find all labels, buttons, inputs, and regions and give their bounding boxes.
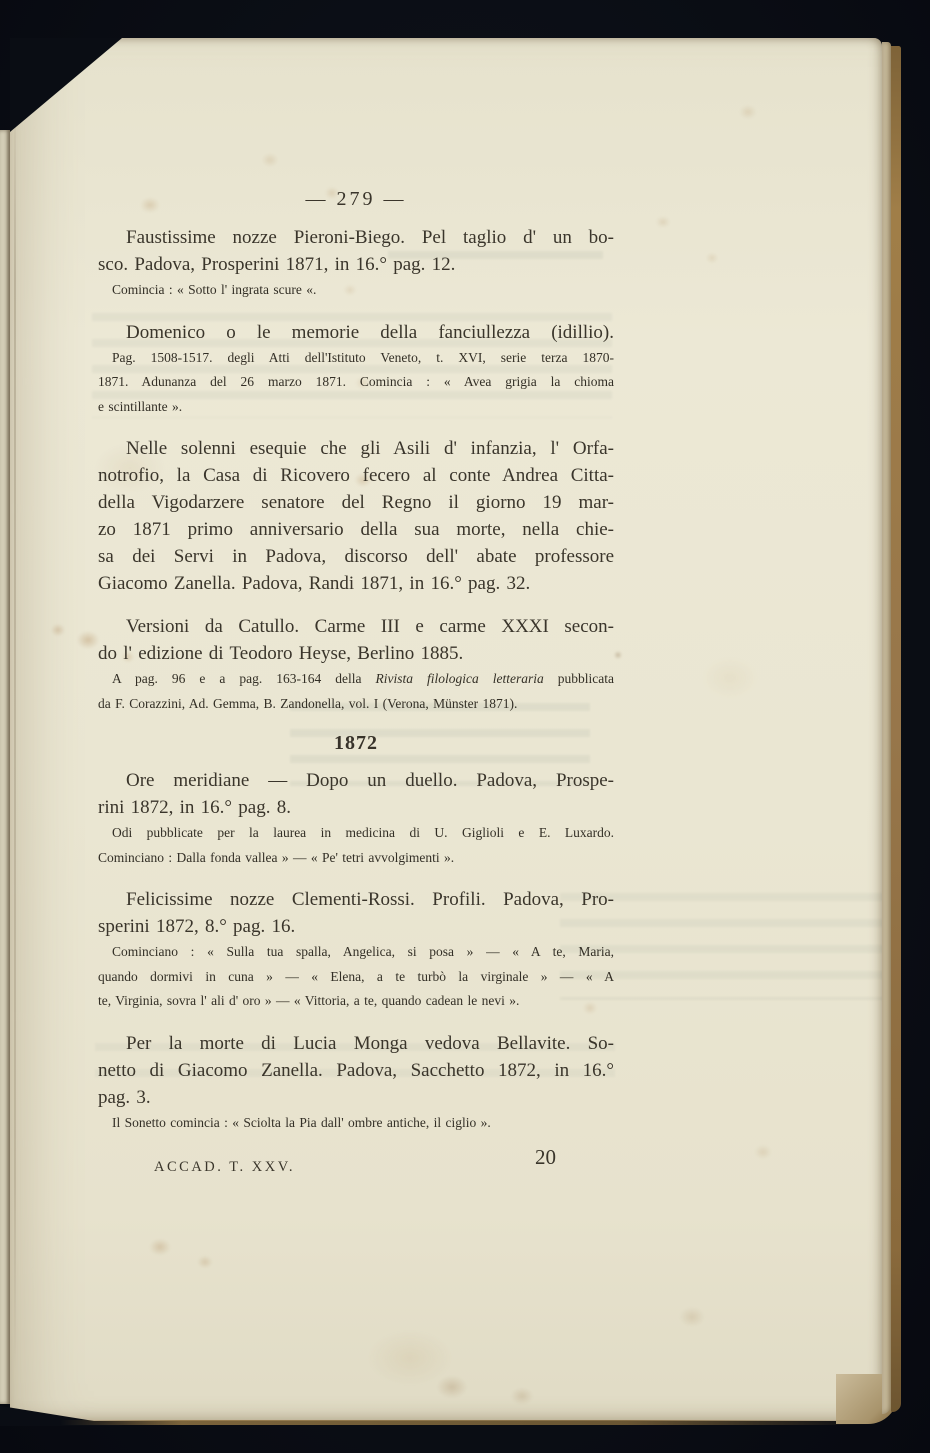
entry-note: Il Sonetto comincia : « Sciolta la Pia d…: [98, 1111, 614, 1136]
photographed-book-spread: { "page": { "header_page_number": "— 279…: [0, 0, 930, 1453]
text-run: sa dei Servi in Padova, discorso dell' a…: [98, 546, 614, 567]
entry-body-line: Faustissime nozze Pieroni-Biego. Pel tag…: [98, 224, 614, 251]
text-run: rini 1872, in 16.° pag. 8.: [98, 797, 291, 818]
entry-note-line: Il Sonetto comincia : « Sciolta la Pia d…: [98, 1111, 614, 1136]
entry-note: Comincia : « Sotto l' ingrata scure «.: [98, 278, 614, 303]
entry-note-line: e scintillante ».: [98, 395, 614, 420]
text-run: Ore meridiane — Dopo un duello. Padova, …: [126, 770, 614, 791]
text-run: te, Virginia, sovra l' ali d' oro » — « …: [98, 993, 519, 1008]
entry-body-line: Per la morte di Lucia Monga vedova Bella…: [98, 1030, 614, 1057]
text-run: Odi pubblicate per la laurea in medicina…: [112, 825, 614, 840]
entry-body-line: Giacomo Zanella. Padova, Randi 1871, in …: [98, 570, 614, 597]
entry-note-line: A pag. 96 e a pag. 163-164 della Rivista…: [98, 667, 614, 692]
entry-note: A pag. 96 e a pag. 163-164 della Rivista…: [98, 667, 614, 716]
italic-title-text: Rivista filologica letteraria: [376, 671, 544, 686]
bibliography-entry: Domenico o le memorie della fanciullezza…: [98, 319, 614, 420]
entry-body: Per la morte di Lucia Monga vedova Bella…: [98, 1030, 614, 1111]
entry-body: Versioni da Catullo. Carme III e carme X…: [98, 613, 614, 667]
entry-note-line: Odi pubblicate per la laurea in medicina…: [98, 821, 614, 846]
bibliography-entry: Nelle solenni esequie che gli Asili d' i…: [98, 435, 614, 597]
text-run: pag. 3.: [98, 1087, 151, 1108]
entry-body-line: rini 1872, in 16.° pag. 8.: [98, 794, 614, 821]
entry-note-line: Comincia : « Sotto l' ingrata scure «.: [98, 278, 614, 303]
entry-body-line: Nelle solenni esequie che gli Asili d' i…: [98, 435, 614, 462]
page-edge-stack: [882, 42, 891, 1414]
entry-note-line: Cominciano : Dalla fonda vallea » — « Pe…: [98, 846, 614, 871]
entry-body-line: Ore meridiane — Dopo un duello. Padova, …: [98, 767, 614, 794]
text-run: Domenico o le memorie della fanciullezza…: [126, 322, 614, 343]
text-run: Comincia : « Sotto l' ingrata scure «.: [112, 282, 316, 297]
text-run: da F. Corazzini, Ad. Gemma, B. Zandonell…: [98, 696, 517, 711]
text-run: Cominciano : « Sulla tua spalla, Angelic…: [112, 944, 614, 959]
entry-body: Domenico o le memorie della fanciullezza…: [98, 319, 614, 346]
printed-text-column: — 279 — Faustissime nozze Pieroni-Biego.…: [98, 188, 614, 1176]
text-run: Faustissime nozze Pieroni-Biego. Pel tag…: [126, 227, 614, 248]
entry-note-line: te, Virginia, sovra l' ali d' oro » — « …: [98, 989, 614, 1014]
text-run: 1871. Adunanza del 26 marzo 1871. Cominc…: [98, 374, 614, 389]
text-run: do l' edizione di Teodoro Heyse, Berlino…: [98, 643, 463, 664]
gutter-crease: [14, 90, 16, 1370]
entry-note-line: 1871. Adunanza del 26 marzo 1871. Cominc…: [98, 370, 614, 395]
entry-body-line: Versioni da Catullo. Carme III e carme X…: [98, 613, 614, 640]
text-run: Cominciano : Dalla fonda vallea » — « Pe…: [98, 850, 454, 865]
entry-body-line: della Vigodarzere senatore del Regno il …: [98, 489, 614, 516]
text-run: Versioni da Catullo. Carme III e carme X…: [126, 616, 614, 637]
bottom-page-edge: [60, 1420, 870, 1425]
bibliography-entry: Per la morte di Lucia Monga vedova Bella…: [98, 1030, 614, 1136]
entry-list-1872: Ore meridiane — Dopo un duello. Padova, …: [98, 767, 614, 1135]
bibliography-entry: Faustissime nozze Pieroni-Biego. Pel tag…: [98, 224, 614, 303]
entry-body-line: netto di Giacomo Zanella. Padova, Sacche…: [98, 1057, 614, 1084]
entry-note: Pag. 1508-1517. degli Atti dell'Istituto…: [98, 346, 614, 420]
bibliography-entry: Versioni da Catullo. Carme III e carme X…: [98, 613, 614, 716]
entry-body-line: do l' edizione di Teodoro Heyse, Berlino…: [98, 640, 614, 667]
text-run: e scintillante ».: [98, 399, 182, 414]
text-run: sco. Padova, Prosperini 1871, in 16.° pa…: [98, 254, 455, 275]
entry-note-line: Cominciano : « Sulla tua spalla, Angelic…: [98, 940, 614, 965]
entry-body: Ore meridiane — Dopo un duello. Padova, …: [98, 767, 614, 821]
text-run: Pag. 1508-1517. degli Atti dell'Istituto…: [112, 350, 614, 365]
entry-note-line: Pag. 1508-1517. degli Atti dell'Istituto…: [98, 346, 614, 371]
footer-sheet-number: 20: [535, 1145, 556, 1170]
text-run: Per la morte di Lucia Monga vedova Bella…: [126, 1033, 614, 1054]
text-run: Felicissime nozze Clementi-Rossi. Profil…: [126, 889, 614, 910]
page-number-header: — 279 —: [98, 188, 614, 211]
entry-body-line: pag. 3.: [98, 1084, 614, 1111]
text-run: Giacomo Zanella. Padova, Randi 1871, in …: [98, 573, 530, 594]
text-run: quando dormivi in cuna » — « Elena, a te…: [98, 969, 614, 984]
entry-note: Cominciano : « Sulla tua spalla, Angelic…: [98, 940, 614, 1014]
entry-body-line: Domenico o le memorie della fanciullezza…: [98, 319, 614, 346]
entry-note-line: da F. Corazzini, Ad. Gemma, B. Zandonell…: [98, 692, 614, 717]
adjacent-page-edge: [0, 130, 10, 1404]
text-run: pubblicata: [544, 671, 614, 686]
page-footer: ACCAD. T. XXV. 20: [98, 1151, 614, 1176]
entry-body-line: zo 1871 primo anniversario della sua mor…: [98, 516, 614, 543]
text-run: notrofio, la Casa di Ricovero fecero al …: [98, 465, 614, 486]
entry-body: Nelle solenni esequie che gli Asili d' i…: [98, 435, 614, 597]
text-run: A pag. 96 e a pag. 163-164 della: [112, 671, 376, 686]
text-run: netto di Giacomo Zanella. Padova, Sacche…: [98, 1060, 614, 1081]
section-year-heading: 1872: [98, 732, 614, 755]
entry-body-line: sa dei Servi in Padova, discorso dell' a…: [98, 543, 614, 570]
entry-note-line: quando dormivi in cuna » — « Elena, a te…: [98, 965, 614, 990]
entry-body: Felicissime nozze Clementi-Rossi. Profil…: [98, 886, 614, 940]
entry-body-line: sco. Padova, Prosperini 1871, in 16.° pa…: [98, 251, 614, 278]
bibliography-entry: Ore meridiane — Dopo un duello. Padova, …: [98, 767, 614, 870]
text-run: sperini 1872, 8.° pag. 16.: [98, 916, 295, 937]
entry-body: Faustissime nozze Pieroni-Biego. Pel tag…: [98, 224, 614, 278]
bibliography-entry: Felicissime nozze Clementi-Rossi. Profil…: [98, 886, 614, 1014]
entry-body-line: notrofio, la Casa di Ricovero fecero al …: [98, 462, 614, 489]
footer-signature: ACCAD. T. XXV.: [154, 1159, 295, 1176]
entry-note: Odi pubblicate per la laurea in medicina…: [98, 821, 614, 870]
text-run: Il Sonetto comincia : « Sciolta la Pia d…: [112, 1115, 491, 1130]
entry-body-line: Felicissime nozze Clementi-Rossi. Profil…: [98, 886, 614, 913]
entry-list-1871: Faustissime nozze Pieroni-Biego. Pel tag…: [98, 224, 614, 716]
text-run: Nelle solenni esequie che gli Asili d' i…: [126, 438, 614, 459]
book-cover-edge: [891, 46, 901, 1412]
text-run: della Vigodarzere senatore del Regno il …: [98, 492, 614, 513]
text-run: zo 1871 primo anniversario della sua mor…: [98, 519, 614, 540]
entry-body-line: sperini 1872, 8.° pag. 16.: [98, 913, 614, 940]
